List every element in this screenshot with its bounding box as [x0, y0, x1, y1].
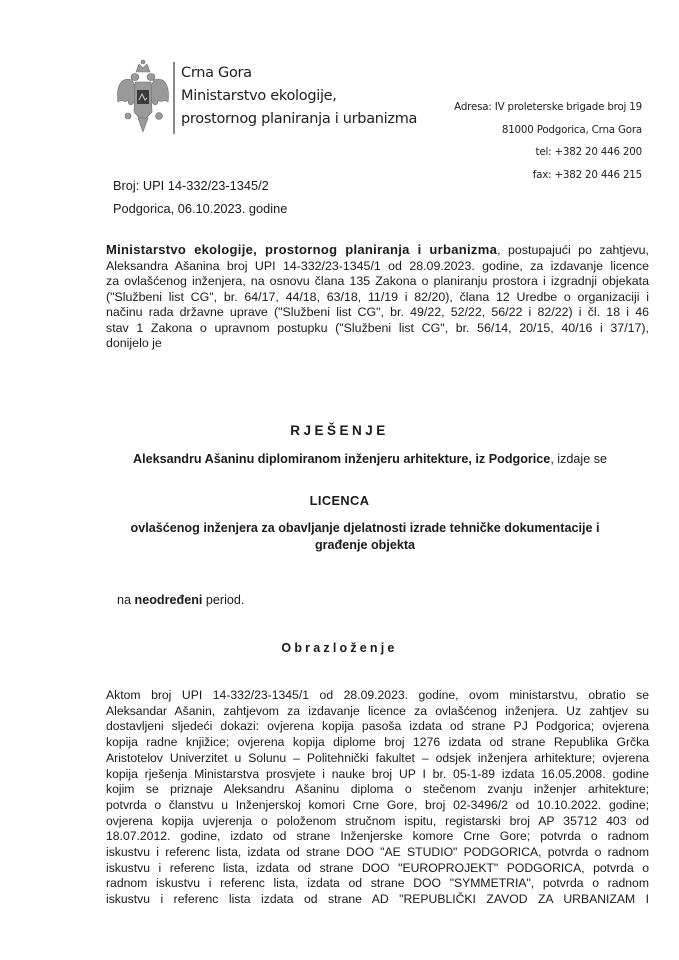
intro-paragraph: Ministarstvo ekologije, prostornog plani… — [106, 242, 649, 352]
reasoning-line-9: 18.07.2012. godine, izdato od strane Inž… — [106, 829, 649, 845]
reasoning-line-1: Aleksandar Ašanin, zahtjevom za izdavanj… — [106, 704, 649, 720]
license-heading: LICENCA — [0, 493, 679, 508]
reasoning-heading: Obrazloženje — [0, 641, 679, 655]
grantee-rest: , izdaje se — [550, 452, 607, 466]
grantee-name: Aleksandru Ašaninu diplomiranom inženjer… — [133, 452, 550, 466]
address-phone: tel: +382 20 446 200 — [454, 141, 642, 164]
grantee-statement: Aleksandru Ašaninu diplomiranom inženjer… — [133, 452, 607, 466]
reasoning-line-13: iskustvu i referenc lista izdata od stra… — [106, 892, 649, 908]
intro-line-1: Aleksandra Ašanina broj UPI 14-332/23-13… — [106, 259, 649, 275]
ministry-name-line-1: Ministarstvo ekologije, — [181, 85, 417, 108]
intro-line-5: stav 1 Zakona o upravnom postupku ("Služ… — [106, 321, 649, 337]
reasoning-line-11: iskustvu i referenc lista, izdata od str… — [106, 861, 649, 877]
ministry-name: Crna Gora Ministarstvo ekologije, prosto… — [181, 62, 417, 131]
intro-line-4: načinu rada državne uprave ("Službeni li… — [106, 305, 649, 321]
intro-line-3: ("Službeni list CG", br. 64/17, 44/18, 6… — [106, 290, 649, 306]
intro-line-0: , postupajući po zahtjevu, — [497, 243, 649, 257]
decision-heading: RJEŠENJE — [0, 423, 679, 438]
reasoning-line-2: dostavljeni sljedeći dokazi: ovjerena ko… — [106, 719, 649, 735]
country-name: Crna Gora — [181, 62, 417, 85]
address-street: Adresa: IV proleterske brigade broj 19 — [454, 96, 642, 119]
intro-ministry-bold: Ministarstvo ekologije, prostornog plani… — [106, 242, 497, 257]
period-bold: neodređeni — [135, 593, 203, 607]
reasoning-line-6: kojim se priznaje Aleksandru Ašaninu dip… — [106, 782, 649, 798]
reasoning-line-3: kopija radne knjižice; ovjerena kopija d… — [106, 735, 649, 751]
ministry-address: Adresa: IV proleterske brigade broj 19 8… — [454, 96, 642, 186]
reasoning-line-7: potvrda o članstvu u Inženjerskoj komori… — [106, 798, 649, 814]
reasoning-line-4: Aristotelov Univerzitet u Solunu – Polit… — [106, 751, 649, 767]
license-period: na neodređeni period. — [117, 593, 244, 607]
reasoning-line-8: ovjerena kopija uvjerenja o položenom st… — [106, 814, 649, 830]
document-number: Broj: UPI 14-332/23-1345/2 — [113, 174, 287, 197]
reasoning-paragraph: Aktom broj UPI 14-332/23-1345/1 od 28.09… — [106, 688, 649, 908]
document-place-date: Podgorica, 06.10.2023. godine — [113, 197, 287, 220]
reasoning-line-12: radnom iskustvu i referenc lista, izdata… — [106, 876, 649, 892]
address-city: 81000 Podgorica, Crna Gora — [454, 119, 642, 142]
reasoning-line-10: iskustvu i referenc lista, izdata od str… — [106, 845, 649, 861]
license-description-line-2: građenje objekta — [120, 537, 610, 554]
period-pre: na — [117, 593, 135, 607]
intro-line-6: donijelo je — [106, 336, 649, 352]
period-post: period. — [202, 593, 244, 607]
license-description-line-1: ovlašćenog inženjera za obavljanje djela… — [120, 520, 610, 537]
document-meta: Broj: UPI 14-332/23-1345/2 Podgorica, 06… — [113, 174, 287, 220]
letterhead-divider — [173, 62, 175, 134]
address-fax: fax: +382 20 446 215 — [454, 164, 642, 187]
coat-of-arms-icon — [114, 58, 172, 138]
ministry-name-line-2: prostornog planiranja i urbanizma — [181, 108, 417, 131]
reasoning-line-5: kopija rješenja Ministarstva prosvjete i… — [106, 767, 649, 783]
license-description: ovlašćenog inženjera za obavljanje djela… — [120, 520, 610, 554]
intro-line-2: za ovlašćenog inženjera, na osnovu člana… — [106, 274, 649, 290]
reasoning-line-0: Aktom broj UPI 14-332/23-1345/1 od 28.09… — [106, 688, 649, 704]
